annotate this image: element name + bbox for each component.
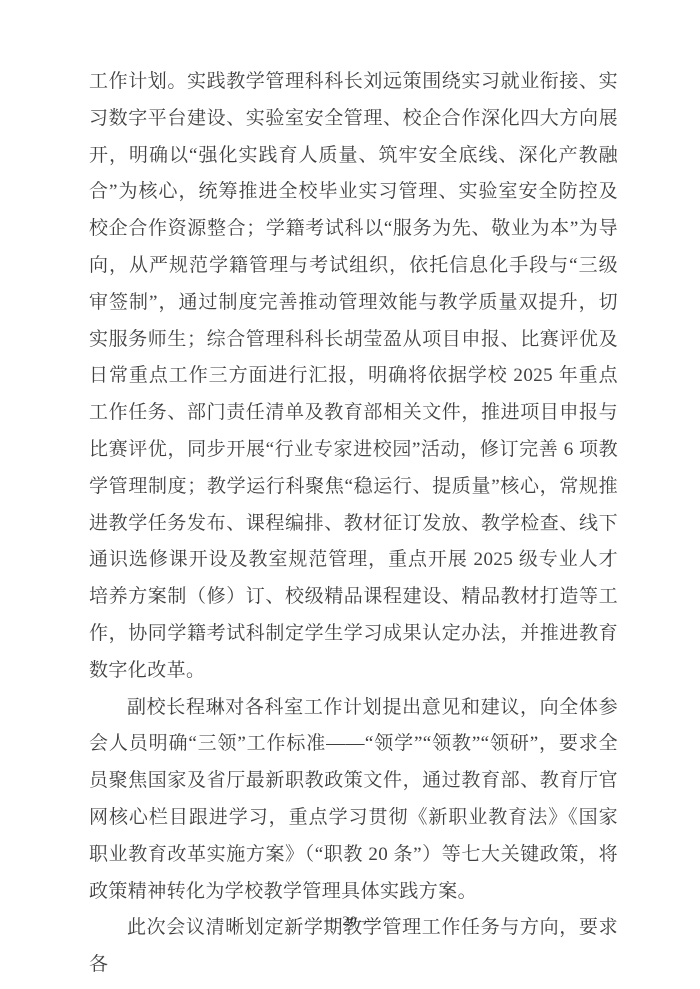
page-footer: — 20 — [0, 912, 700, 930]
body-paragraph-2: 副校长程琳对各科室工作计划提出意见和建议，向全体参会人员明确“三领”工作标准——… [89, 690, 618, 911]
page-number: — 20 — [324, 913, 376, 928]
body-paragraph-1: 工作计划。实践教学管理科科长刘远策围绕实习就业衔接、实习数字平台建设、实验室安全… [89, 64, 618, 690]
document-body: 工作计划。实践教学管理科科长刘远策围绕实习就业衔接、实习数字平台建设、实验室安全… [89, 64, 618, 984]
document-page: 工作计划。实践教学管理科科长刘远策围绕实习就业衔接、实习数字平台建设、实验室安全… [0, 0, 700, 989]
